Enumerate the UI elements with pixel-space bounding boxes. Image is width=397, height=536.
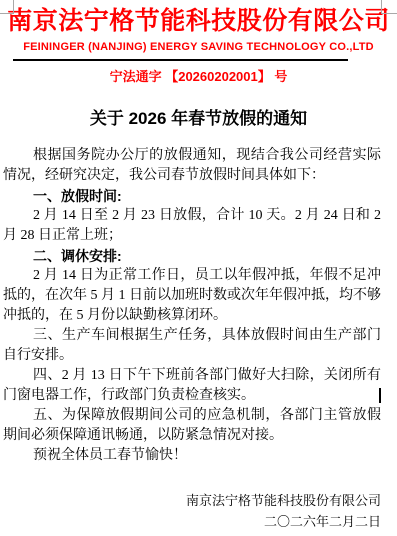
- signature-block: 南京法宁格节能科技股份有限公司 二〇二六年二月二日: [3, 490, 381, 532]
- document-page[interactable]: 南京法宁格节能科技股份有限公司 FEININGER (NANJING) ENER…: [0, 0, 397, 536]
- section-heading-shift-arrangement: 二、调休安排:: [3, 246, 381, 266]
- page-corner-mark-top-right: [381, 0, 397, 14]
- emergency-contact-paragraph: 五、为保障放假期间公司的应急机制，各部门主管放假期间必须保障通讯畅通，以防紧急情…: [3, 406, 381, 446]
- shift-arrangement-paragraph: 2 月 14 日为正常工作日，员工以年假冲抵，年假不足冲抵的，在次年 5 月 1…: [3, 266, 381, 326]
- notice-title: 关于 2026 年春节放假的通知: [0, 108, 397, 130]
- text-cursor: [379, 388, 381, 403]
- company-name-chinese: 南京法宁格节能科技股份有限公司: [0, 6, 397, 38]
- notice-body: 根据国务院办公厅的放假通知，现结合我公司经营实际情况，经研究决定，我公司春节放假…: [3, 146, 381, 532]
- section-heading-holiday-time: 一、放假时间:: [3, 186, 381, 206]
- page-corner-mark-top-left: [0, 0, 14, 14]
- closing-wish: 预祝全体员工春节愉快！: [3, 446, 381, 466]
- cleanup-paragraph: 四、2 月 13 日下午下班前各部门做好大扫除，关闭所有门窗电器工作，行政部门负…: [3, 366, 381, 406]
- signature-company: 南京法宁格节能科技股份有限公司: [3, 490, 381, 511]
- workshop-paragraph: 三、生产车间根据生产任务，具体放假时间由生产部门自行安排。: [3, 326, 381, 366]
- company-name-english: FEININGER (NANJING) ENERGY SAVING TECHNO…: [0, 40, 397, 54]
- header-divider-rule: [13, 59, 348, 61]
- intro-paragraph: 根据国务院办公厅的放假通知，现结合我公司经营实际情况，经研究决定，我公司春节放假…: [3, 146, 381, 186]
- document-reference-number: 宁法通字 【20260202001】 号: [0, 69, 397, 84]
- holiday-time-paragraph: 2 月 14 日至 2 月 23 日放假，合计 10 天。2 月 24 日和 2…: [3, 206, 381, 246]
- signature-date: 二〇二六年二月二日: [3, 511, 381, 532]
